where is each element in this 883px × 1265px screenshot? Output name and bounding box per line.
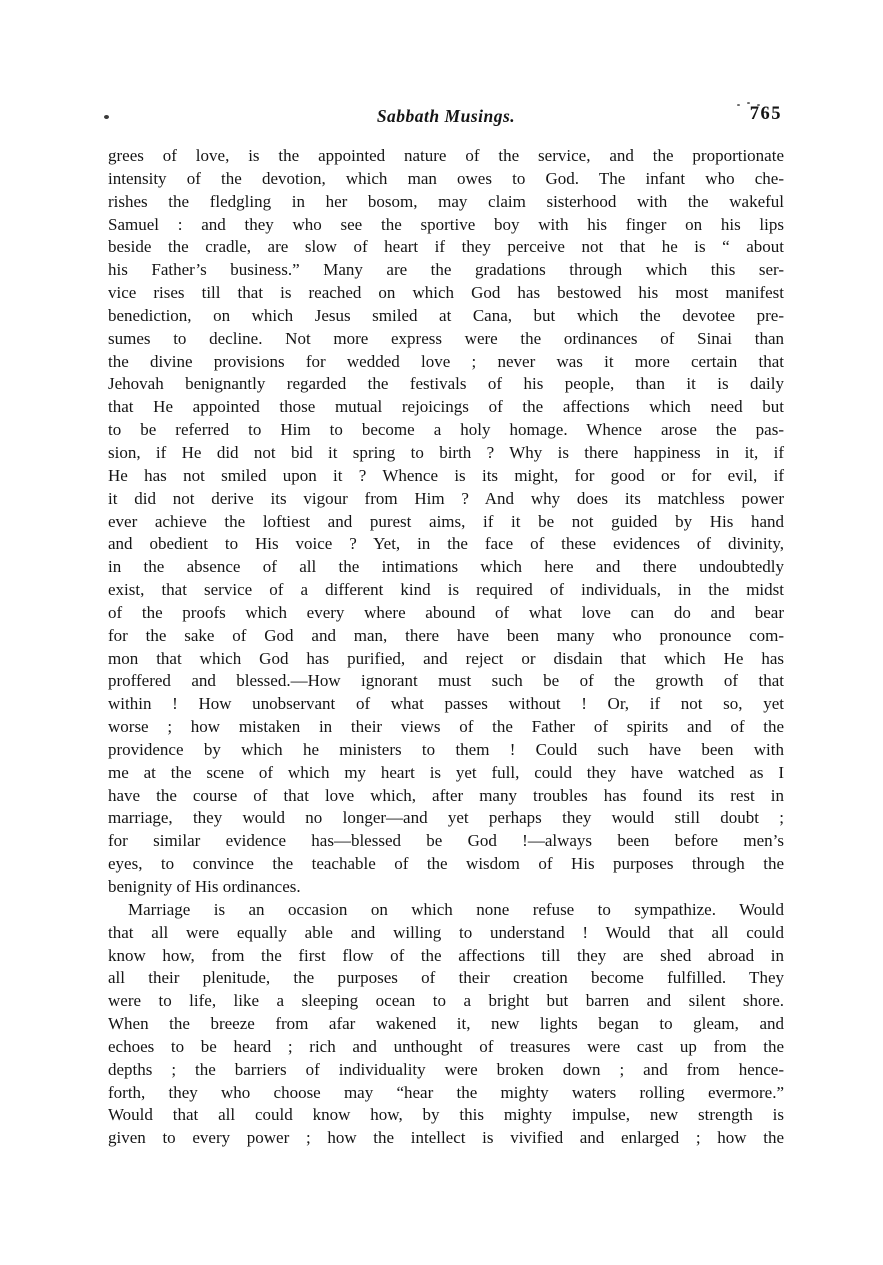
- page-body: grees of love, is the appointed nature o…: [108, 145, 784, 1150]
- text-line: benignity of His ordinances.: [108, 876, 784, 899]
- text-line: all their plenitude, the purposes of the…: [108, 967, 784, 990]
- paragraph: grees of love, is the appointed nature o…: [108, 145, 784, 899]
- text-line: exist, that service of a different kind …: [108, 579, 784, 602]
- text-line: When the breeze from afar wakened it, ne…: [108, 1013, 784, 1036]
- text-line: eyes, to convince the teachable of the w…: [108, 853, 784, 876]
- text-line: forth, they who choose may “hear the mig…: [108, 1082, 784, 1105]
- text-line: mon that which God has purified, and rej…: [108, 648, 784, 671]
- text-line: were to life, like a sleeping ocean to a…: [108, 990, 784, 1013]
- text-line: of the proofs which every where abound o…: [108, 602, 784, 625]
- text-line: in the absence of all the intimations wh…: [108, 556, 784, 579]
- text-line: that all were equally able and willing t…: [108, 922, 784, 945]
- text-line: to be referred to Him to become a holy h…: [108, 419, 784, 442]
- text-line: vice rises till that is reached on which…: [108, 282, 784, 305]
- text-line: Would that all could know how, by this m…: [108, 1104, 784, 1127]
- text-line: the divine provisions for wedded love ; …: [108, 351, 784, 374]
- page-header: Sabbath Musings. 765: [108, 106, 784, 132]
- text-line: for similar evidence has—blessed be God …: [108, 830, 784, 853]
- text-line: given to every power ; how the intellect…: [108, 1127, 784, 1150]
- text-line: within ! How unobservant of what passes …: [108, 693, 784, 716]
- text-line: sumes to decline. Not more express were …: [108, 328, 784, 351]
- text-line: Samuel : and they who see the sportive b…: [108, 214, 784, 237]
- text-line: echoes to be heard ; rich and unthought …: [108, 1036, 784, 1059]
- text-line: proffered and blessed.—How ignorant must…: [108, 670, 784, 693]
- text-line: Jehovah benignantly regarded the festiva…: [108, 373, 784, 396]
- text-line: for the sake of God and man, there have …: [108, 625, 784, 648]
- text-line: ever achieve the loftiest and purest aim…: [108, 511, 784, 534]
- running-title: Sabbath Musings.: [108, 106, 784, 127]
- text-line: and obedient to His voice ? Yet, in the …: [108, 533, 784, 556]
- text-line: his Father’s business.” Many are the gra…: [108, 259, 784, 282]
- text-line: know how, from the first flow of the aff…: [108, 945, 784, 968]
- book-page: Sabbath Musings. 765 grees of love, is t…: [0, 0, 883, 1265]
- text-line: beside the cradle, are slow of heart if …: [108, 236, 784, 259]
- text-line: sion, if He did not bid it spring to bir…: [108, 442, 784, 465]
- page-number: 765: [750, 104, 782, 125]
- text-line: rishes the fledgling in her bosom, may c…: [108, 191, 784, 214]
- text-line: Marriage is an occasion on which none re…: [108, 899, 784, 922]
- text-line: it did not derive its vigour from Him ? …: [108, 488, 784, 511]
- text-line: marriage, they would no longer—and yet p…: [108, 807, 784, 830]
- text-line: me at the scene of which my heart is yet…: [108, 762, 784, 785]
- text-line: worse ; how mistaken in their views of t…: [108, 716, 784, 739]
- text-line: providence by which he ministers to them…: [108, 739, 784, 762]
- text-line: intensity of the devotion, which man owe…: [108, 168, 784, 191]
- text-line: depths ; the barriers of individuality w…: [108, 1059, 784, 1082]
- paragraph: Marriage is an occasion on which none re…: [108, 899, 784, 1150]
- page-content: Sabbath Musings. 765 grees of love, is t…: [108, 106, 784, 1150]
- text-line: benediction, on which Jesus smiled at Ca…: [108, 305, 784, 328]
- text-line: grees of love, is the appointed nature o…: [108, 145, 784, 168]
- text-line: that He appointed those mutual rejoicing…: [108, 396, 784, 419]
- text-line: He has not smiled upon it ? Whence is it…: [108, 465, 784, 488]
- text-line: have the course of that love which, afte…: [108, 785, 784, 808]
